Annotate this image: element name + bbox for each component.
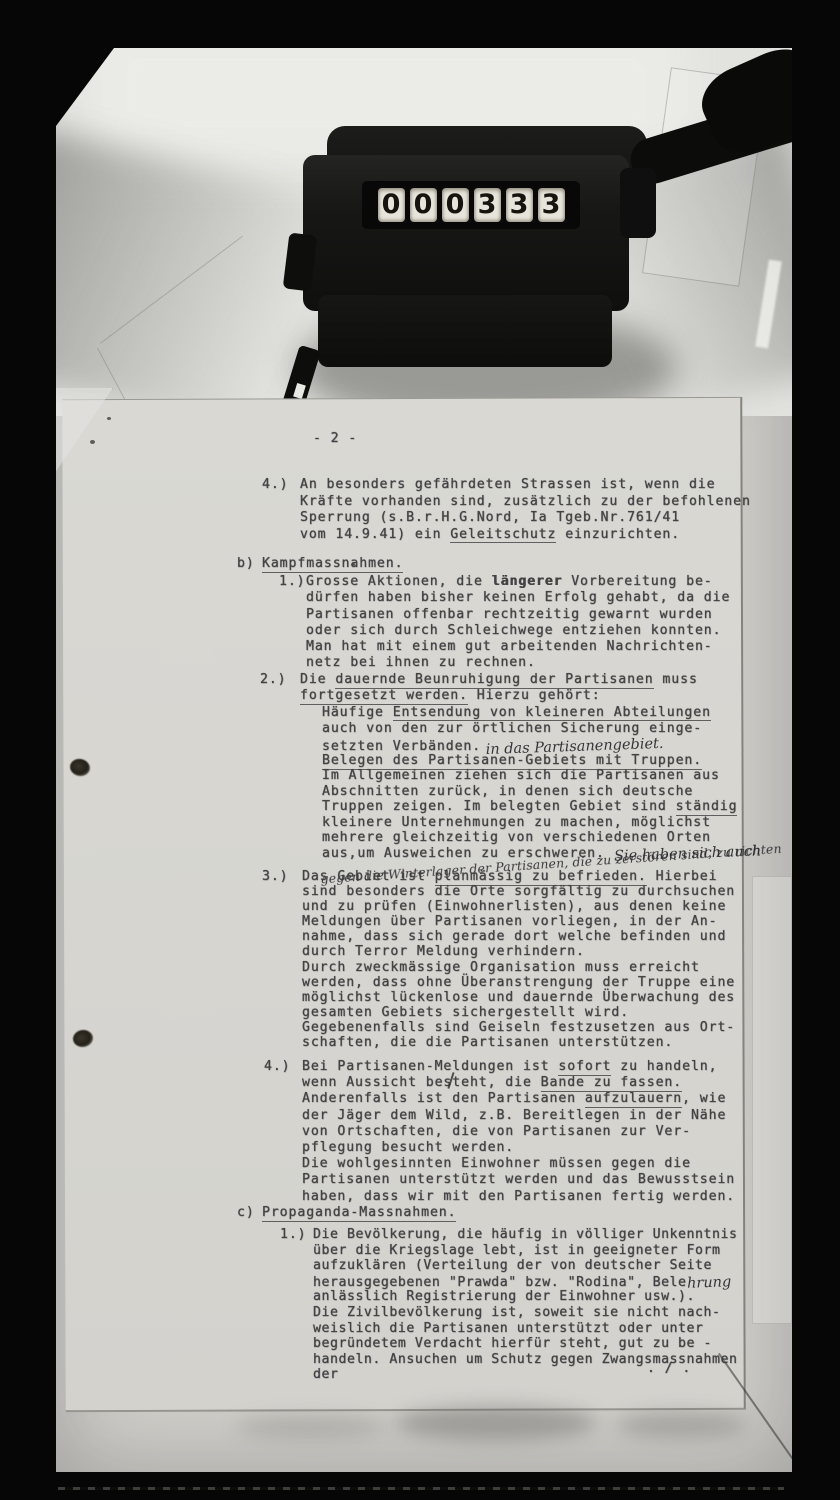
typed-text: An besonders gefährdeten Strassen ist, w…: [300, 477, 715, 492]
item-b3-label: 3.): [262, 869, 289, 884]
typed-text: schaften, die die Partisanen unterstütze…: [302, 1035, 673, 1050]
typed-text: Vorbereitung be-: [562, 574, 712, 589]
typed-text: Meldungen über Partisanen vorliegen, in …: [302, 914, 717, 929]
typed-text: , wie: [682, 1091, 726, 1106]
typed-text: muss: [654, 672, 698, 687]
typed-text: anlässlich Registrierung der Einwohner u…: [313, 1289, 695, 1304]
typed-text: haben, dass wir mit den Partisanen ferti…: [302, 1189, 735, 1204]
section-b-heading: Kampfmassnahmen.: [262, 556, 403, 572]
section-c-label: c): [237, 1205, 255, 1221]
typed-text: herausgegebenen "Prawda" bzw. "Rodina", …: [313, 1275, 687, 1290]
typed-text: möglichst lückenlose und dauernde Überwa…: [302, 990, 735, 1005]
typed-text: Geleitschutz: [450, 527, 556, 544]
typed-text: Sperrung (s.B.r.H.G.Nord, Ia Tgeb.Nr.761…: [300, 510, 680, 525]
typed-text: gesamten Gebiets sichergestellt wird.: [302, 1005, 629, 1020]
typed-text: dauernde Beunruhigung der Partisanen: [335, 672, 653, 689]
typed-text: werden, dass ohne Überanstrengung der Tr…: [302, 975, 735, 990]
typed-text: durch Terror Meldung verhindern.: [302, 944, 585, 959]
section-b-label: b): [237, 556, 255, 572]
typed-text: Hierbei: [647, 869, 718, 884]
item-b1-label: 1.): [279, 574, 306, 590]
typed-text: einzurichten.: [556, 527, 680, 542]
typed-text: Im Allgemeinen ziehen sich die Partisane…: [322, 768, 720, 783]
typed-text: sind besonders die Orte sorgfältig zu du…: [302, 884, 735, 899]
typed-text: kleinere Unternehmungen zu machen, mögli…: [322, 815, 711, 830]
typed-text: von Ortschaften, die von Partisanen zur …: [302, 1124, 691, 1139]
film-frame-left: [0, 0, 56, 1500]
typed-text-layer: - 2 -4.)An besonders gefährdeten Strasse…: [0, 0, 840, 1500]
film-frame-right: [792, 0, 840, 1500]
item-c1-text: Die Bevölkerung, die häufig in völliger …: [313, 1227, 737, 1383]
item-c1-label: 1.): [280, 1227, 307, 1243]
film-frame-top: [0, 0, 840, 48]
typed-text: pflegung besucht werden.: [302, 1140, 514, 1155]
typed-text: ständig: [676, 799, 738, 816]
typed-text: Hierzu gehört:: [468, 688, 601, 703]
typed-text: mehrere gleichzeitig von verschiedenen O…: [322, 830, 711, 845]
item-a4-text: An besonders gefährdeten Strassen ist, w…: [300, 477, 751, 543]
typed-text: - 2 -: [313, 431, 357, 446]
typed-text: Das Gebiet ist: [302, 869, 435, 884]
item-b4-text: Bei Partisanen-Meldungen ist sofort zu h…: [302, 1059, 735, 1205]
typed-text: Entsendung von kleineren Abteilungen: [393, 705, 711, 722]
microfilm-scan: { "counter": { "reading": "000333", "dig…: [0, 0, 840, 1500]
typed-text: begründetem Verdacht hierfür steht, gut …: [313, 1336, 712, 1351]
typed-text: und zu prüfen (Einwohnerlisten), aus den…: [302, 899, 726, 914]
typed-text: Partisanen unterstützt werden und das Be…: [302, 1172, 735, 1187]
item-b3-text: Das Gebiet ist planmässig zu befrieden. …: [302, 869, 735, 1050]
typed-text: 1.): [279, 574, 306, 589]
item-b2-troops-block: Belegen des Partisanen-Gebiets mit Trupp…: [322, 753, 761, 861]
typed-text: Bei Partisanen-Meldungen ist: [302, 1059, 558, 1074]
item-b4-label: 4.): [264, 1059, 291, 1075]
typed-text: oder sich durch Schleichwege entziehen k…: [306, 623, 721, 638]
typed-text: c): [237, 1205, 255, 1220]
film-edge-markings: [58, 1487, 784, 1490]
typed-text: Die Bevölkerung, die häufig in völliger …: [313, 1227, 737, 1242]
typed-text: Durch zweckmässige Organisation muss err…: [302, 960, 700, 975]
item-b2-text: Die dauernde Beunruhigung der Partisanen…: [300, 672, 711, 754]
continuation-mark: . / .: [647, 1361, 691, 1377]
film-frame-bottom: [0, 1472, 840, 1500]
typed-text: Propaganda-Massnahmen.: [262, 1205, 456, 1222]
typed-text: 4.): [264, 1059, 291, 1074]
typed-text: Kampfmassnahmen.: [262, 556, 403, 573]
typed-text: der Jäger dem Wild, z.B. Bereitlegen in …: [302, 1108, 726, 1123]
typed-text: Kräfte vorhanden sind, zusätzlich zu der…: [300, 494, 751, 509]
typed-text: 1.): [280, 1227, 307, 1242]
typed-text: zu handeln,: [611, 1059, 717, 1074]
handwritten-annotation: hrung: [686, 1274, 731, 1292]
typed-text: 2.): [260, 672, 287, 687]
typed-text: setzten Verbänden.: [322, 739, 481, 754]
typed-text: über die Kriegslage lebt, ist in geeigne…: [313, 1243, 721, 1258]
typed-text: dürfen haben bisher keinen Erfolg gehabt…: [306, 590, 730, 605]
typed-text: vom 14.9.41) ein: [300, 527, 450, 542]
typed-text: Häufige: [322, 705, 393, 720]
typed-text: Partisanen offenbar rechtzeitig gewarnt …: [306, 607, 713, 622]
typed-text: Bande zu fassen.: [541, 1075, 682, 1092]
item-b2-label: 2.): [260, 672, 287, 688]
item-a4-label: 4.): [262, 477, 289, 494]
typed-text: . / .: [647, 1361, 691, 1376]
typed-text: Grosse Aktionen, die: [306, 574, 492, 589]
typed-text: Truppen zeigen. Im belegten Gebiet sind: [322, 799, 676, 814]
typed-text: Die Zivilbevölkerung ist, soweit sie nic…: [313, 1305, 721, 1320]
typed-text: auch von den zur örtlichen Sicherung ein…: [322, 721, 702, 736]
typed-text: Gegebenenfalls sind Geiseln festzusetzen…: [302, 1020, 735, 1035]
typed-text: fortgesetzt werden.: [300, 688, 468, 705]
typed-text: aufzuklären (Verteilung der von deutsche…: [313, 1258, 712, 1273]
section-c-heading: Propaganda-Massnahmen.: [262, 1205, 456, 1221]
page-number: - 2 -: [313, 431, 357, 447]
typed-text: aufzulauern: [585, 1091, 682, 1108]
typed-text: netz bei ihnen zu rechnen.: [306, 655, 536, 670]
item-b1-text: Grosse Aktionen, die längerer Vorbereitu…: [306, 574, 730, 672]
typed-text: 4.): [262, 477, 289, 492]
typed-text: der: [313, 1367, 338, 1382]
typed-text: sofort: [558, 1059, 611, 1076]
typed-text: Die: [300, 672, 335, 687]
typed-text: Anderenfalls ist den Partisanen: [302, 1091, 585, 1106]
typed-text: weislich die Partisanen unterstützt oder…: [313, 1321, 704, 1336]
typed-text: 3.): [262, 869, 289, 884]
typed-text: nahme, dass sich gerade dort welche befi…: [302, 929, 726, 944]
typed-text: Man hat mit einem gut arbeitenden Nachri…: [306, 639, 713, 654]
typed-text: wenn Aussicht besteht, die: [302, 1075, 541, 1090]
typed-text: Abschnitten zurück, in denen sich deutsc…: [322, 784, 693, 799]
typed-text: Die wohlgesinnten Einwohner müssen gegen…: [302, 1156, 691, 1171]
typed-text: b): [237, 556, 255, 571]
typed-text: längerer: [492, 574, 563, 589]
